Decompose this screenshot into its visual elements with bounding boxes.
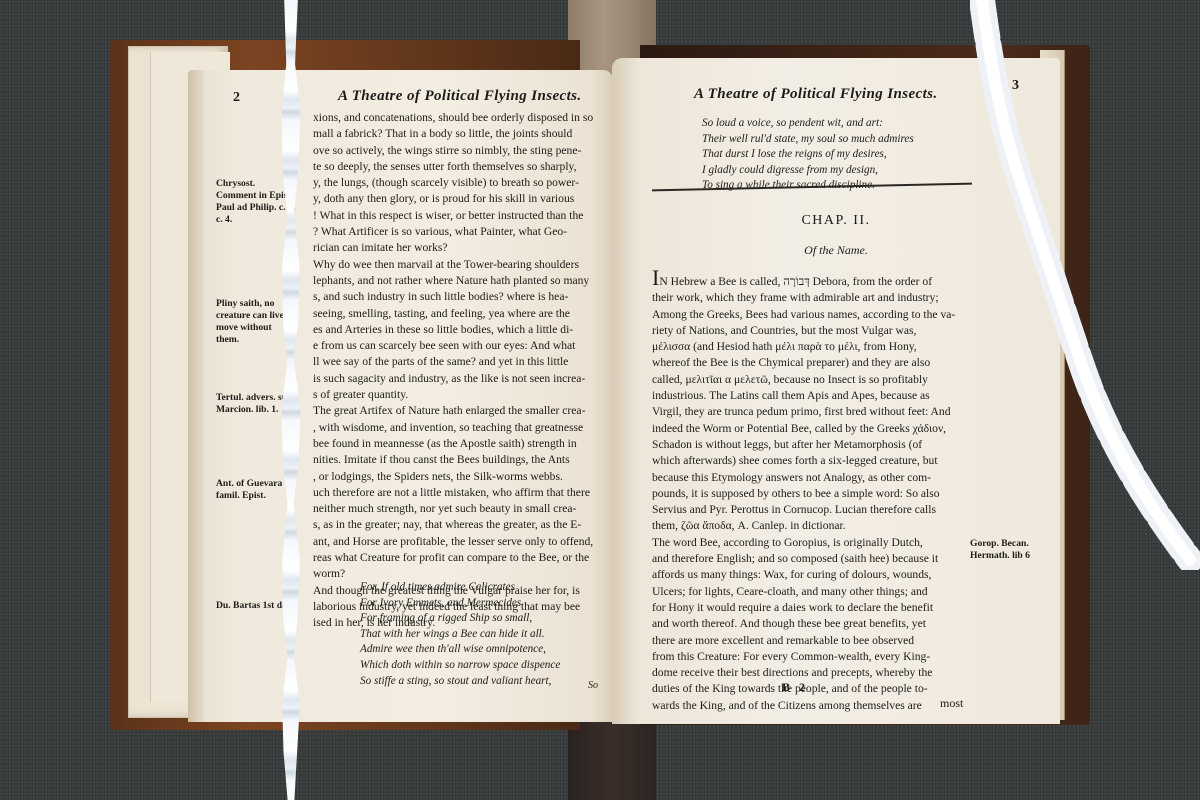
verse-line: Their well rul'd state, my soul so much … [702, 132, 914, 148]
sidenote: Ant. of Guevara famil. Epist. [216, 478, 296, 502]
text-line: , or lodgings, the Spiders nets, the Sil… [313, 469, 608, 485]
text-line: Ulcers; for lights, Ceare-cloath, and ma… [652, 584, 972, 600]
poem-verse: For, If old times admire Calicrates For … [360, 580, 560, 689]
text-line: Why do wee then marvail at the Tower-bea… [313, 257, 608, 273]
verse-line: I gladly could digresse from my design, [702, 163, 914, 179]
text-line: duties of the King towards the people, a… [652, 681, 972, 697]
text-line: IN Hebrew a Bee is called, דְּבוֹרָה Deb… [652, 270, 972, 290]
page-fold-shadow [188, 70, 204, 722]
text-line: Virgil, they are trunca pedum primo, fir… [652, 404, 972, 420]
verse-line: Which doth within so narrow space dispen… [360, 658, 560, 674]
text-line: wards the King, and of the Citizens amon… [652, 698, 972, 714]
page-number: 2 [233, 90, 240, 106]
text-line: e from us can scarcely bee seen with our… [313, 338, 608, 354]
poem-verse: So loud a voice, so pendent wit, and art… [702, 116, 914, 194]
text-line: and worth thereof. And though these bee … [652, 616, 972, 632]
text-line: Schadon is without leggs, but after her … [652, 437, 972, 453]
text-line: The word Bee, according to Goropius, is … [652, 535, 972, 551]
text-line: bee found in meannesse (as the Apostle s… [313, 436, 608, 452]
text-line: is such sagacity and industry, as the li… [313, 371, 608, 387]
text-line: y, doth any then glory, or is proud for … [313, 191, 608, 207]
verse-line: That durst I lose the reigns of my desir… [702, 147, 914, 163]
text-line: es and Arteries in these so little bodie… [313, 322, 608, 338]
text-line: whereof the Bee is the Chymical preparer… [652, 355, 972, 371]
text-line: dome receive their best directions and p… [652, 665, 972, 681]
text-line: seeing, smelling, tasting, and feeling, … [313, 306, 608, 322]
verse-line: For, If old times admire Calicrates [360, 580, 560, 596]
text-line: because this Etymology answers not Analo… [652, 470, 972, 486]
verse-line: So loud a voice, so pendent wit, and art… [702, 116, 914, 132]
text-line: ! What in this respect is wiser, or bett… [313, 208, 608, 224]
text-line: them, ζῶα ἄποδα, A. Canlep. in dictionar… [652, 518, 972, 534]
text-line: rician can imitate her works? [313, 240, 608, 256]
body-text: IN Hebrew a Bee is called, דְּבוֹרָה Deb… [652, 270, 972, 714]
left-page: 2 A Theatre of Political Flying Insects.… [188, 70, 613, 722]
text-line: ll wee say of the parts of the same? and… [313, 354, 608, 370]
catchword: most [940, 696, 963, 711]
body-text: xions, and concatenations, should bee or… [313, 110, 608, 632]
text-line: Servius and Pyr. Perottus in Cornucop. L… [652, 502, 972, 518]
text-line: ? What Artificer is so various, what Pai… [313, 224, 608, 240]
text-line: industrious. The Latins call them Apis a… [652, 388, 972, 404]
running-head: A Theatre of Political Flying Insects. [694, 86, 938, 103]
text-line: The great Artifex of Nature hath enlarge… [313, 403, 608, 419]
text-line: mall a fabrick? That in a body so little… [313, 126, 608, 142]
text-line: s of greater quantity. [313, 387, 608, 403]
verse-line: For Ivory Emmets, and Mermecides [360, 596, 560, 612]
text-line: s, as in the greater; nay, that whereas … [313, 517, 608, 533]
text-line: uch therefore are not a little mistaken,… [313, 485, 608, 501]
verse-line: For framing of a rigged Ship so small, [360, 611, 560, 627]
text-line: ant, and Horse are profitable, the lesse… [313, 534, 608, 550]
text-line: reas what Creature for profit can compar… [313, 550, 608, 566]
text-line: s, and such industry in such little bodi… [313, 289, 608, 305]
text-line: te so deeply, the senses utter forth the… [313, 159, 608, 175]
text-line: xions, and concatenations, should bee or… [313, 110, 608, 126]
text-line: , with wisdome, and invention, so teachi… [313, 420, 608, 436]
text-line: and therefore English; and so composed (… [652, 551, 972, 567]
text-line: there are more excellent and remarkable … [652, 633, 972, 649]
running-head: A Theatre of Political Flying Insects. [338, 88, 582, 105]
text-line-content: N Hebrew a Bee is called, דְּבוֹרָה Debo… [659, 275, 932, 288]
text-line: indeed the Worm or Potential Bee, called… [652, 421, 972, 437]
text-line: pounds, it is supposed by others to bee … [652, 486, 972, 502]
catchword: So [588, 680, 598, 691]
verse-line: That with her wings a Bee can hide it al… [360, 627, 560, 643]
text-line: Among the Greeks, Bees had various names… [652, 307, 972, 323]
text-line: called, μελιτῖαι α μελετῶ, because no In… [652, 372, 972, 388]
verse-line: So stiffe a sting, so stout and valiant … [360, 674, 560, 690]
text-line: ove so actively, the wings stirre so nim… [313, 143, 608, 159]
text-line: lephants, and not rather where Nature ha… [313, 273, 608, 289]
text-line: their work, which they frame with admira… [652, 290, 972, 306]
text-line: neither much strength, nor yet such beau… [313, 501, 608, 517]
text-line: nities. Imitate if thou canst the Bees b… [313, 452, 608, 468]
text-line: y, the lungs, (though scarcely visible) … [313, 175, 608, 191]
text-line: affords us many things: Wax, for curing … [652, 567, 972, 583]
text-line: μέλισσα (and Hesiod hath μέλι παρὰ το μέ… [652, 339, 972, 355]
text-line: which afterwards) shee comes forth a six… [652, 453, 972, 469]
bookmark-cord-right [970, 0, 1200, 570]
text-line: for Hony it would require a daies work t… [652, 600, 972, 616]
verse-line: Admire wee then th'all wise omnipotence, [360, 642, 560, 658]
signature-mark: B 2 [782, 680, 808, 695]
text-line: riety of Nations, and Countries, but the… [652, 323, 972, 339]
text-line: from this Creature: For every Common-wea… [652, 649, 972, 665]
